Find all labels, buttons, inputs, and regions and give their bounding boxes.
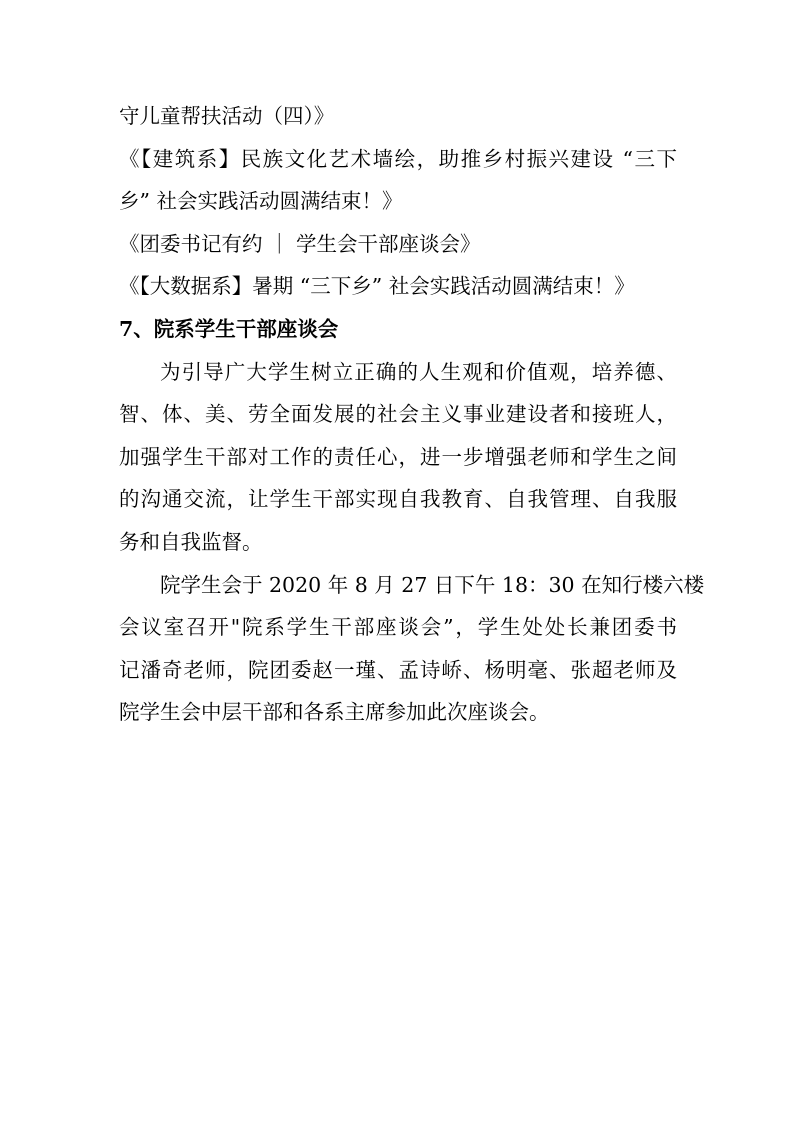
paragraph-line: 加强学生干部对工作的责任心，进一步增强老师和学生之间 [119, 436, 677, 479]
section-heading: 7、院系学生干部座谈会 [119, 308, 677, 351]
document-text-block: 守儿童帮扶活动（四）》 《【建筑系】民族文化艺术墙绘，助推乡村振兴建设 “三下 … [119, 95, 677, 734]
paragraph-line: 为引导广大学生树立正确的人生观和价值观，培养德、 [119, 351, 677, 394]
paragraph-line: 院学生会于 2020 年 8 月 27 日下午 18：30 在知行楼六楼 [119, 564, 677, 607]
article-title-line: 《【建筑系】民族文化艺术墙绘，助推乡村振兴建设 “三下 [119, 138, 677, 181]
document-page: 守儿童帮扶活动（四）》 《【建筑系】民族文化艺术墙绘，助推乡村振兴建设 “三下 … [0, 0, 793, 1122]
article-title-line: 《团委书记有约 ｜ 学生会干部座谈会》 [119, 223, 677, 266]
paragraph-line: 院学生会中层干部和各系主席参加此次座谈会。 [119, 691, 677, 734]
paragraph-line: 会议室召开"院系学生干部座谈会”，学生处处长兼团委书 [119, 606, 677, 649]
article-title-line: 乡” 社会实践活动圆满结束！》 [119, 180, 677, 223]
paragraph-line: 智、体、美、劳全面发展的社会主义事业建设者和接班人， [119, 393, 677, 436]
paragraph-line: 记潘奇老师，院团委赵一瑾、孟诗峤、杨明毫、张超老师及 [119, 649, 677, 692]
article-title-line: 《【大数据系】暑期 “三下乡” 社会实践活动圆满结束！》 [119, 265, 677, 308]
paragraph-line: 务和自我监督。 [119, 521, 677, 564]
article-title-line: 守儿童帮扶活动（四）》 [119, 95, 677, 138]
paragraph-line: 的沟通交流，让学生干部实现自我教育、自我管理、自我服 [119, 478, 677, 521]
